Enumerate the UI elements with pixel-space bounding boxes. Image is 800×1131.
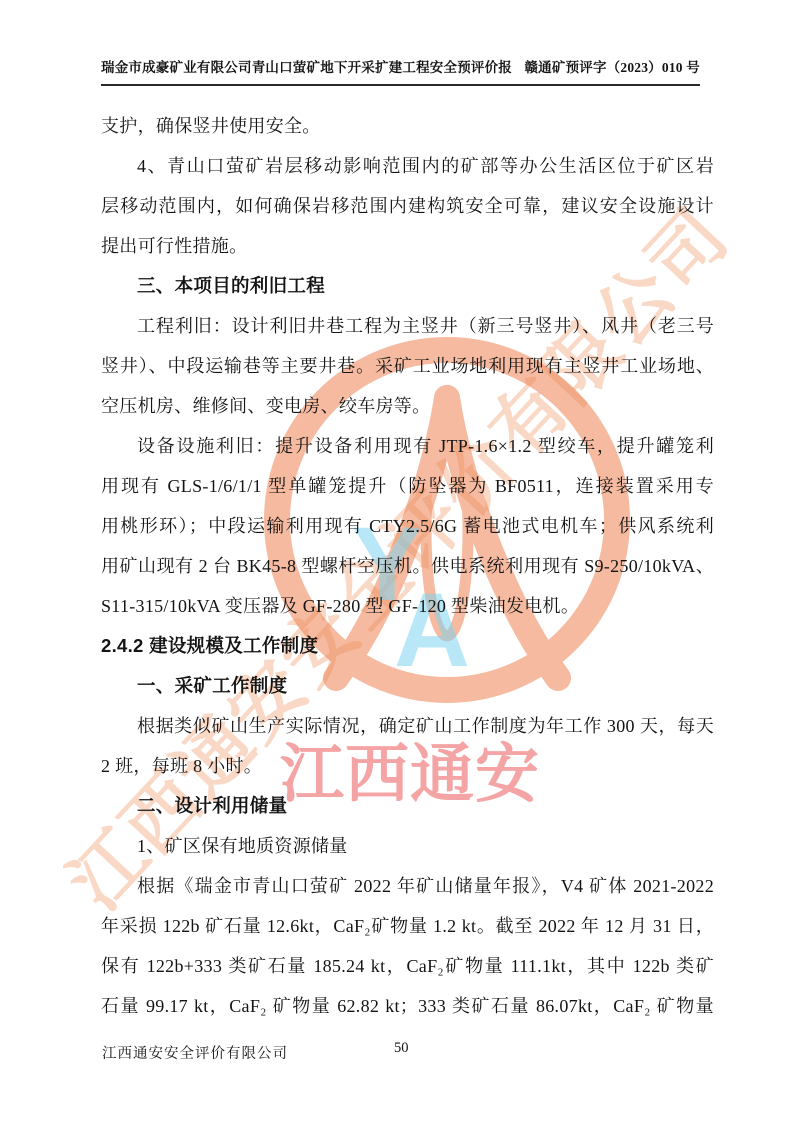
doc-text-line: 用桃形环）；中段运输利用现有 CTY2.5/6G 蓄电池式电机车；供风系统利	[101, 506, 714, 546]
doc-heading-line: 二、设计利用储量	[101, 786, 714, 826]
doc-text-line: 设备设施利旧：提升设备利用现有 JTP-1.6×1.2 型绞车，提升罐笼利	[101, 426, 714, 466]
doc-text-line: 提出可行性措施。	[101, 226, 714, 266]
doc-text-line: 保有 122b+333 类矿石量 185.24 kt，CaF₂矿物量 111.1…	[101, 946, 714, 986]
doc-text-line: 用矿山现有 2 台 BK45-8 型螺杆空压机。供电系统利用现有 S9-250/…	[101, 546, 714, 586]
doc-heading-line: 一、采矿工作制度	[101, 666, 714, 706]
doc-text-line: 2 班，每班 8 小时。	[101, 746, 714, 786]
doc-text-line: 空压机房、维修间、变电房、绞车房等。	[101, 386, 714, 426]
page-number: 50	[394, 1040, 409, 1057]
doc-text-line: 竖井）、中段运输巷等主要井巷。采矿工业场地利用现有主竖井工业场地、	[101, 346, 714, 386]
page-header: 瑞金市成豪矿业有限公司青山口萤矿地下开采扩建工程安全预评价报 赣通矿预评字（20…	[101, 56, 700, 86]
doc-heading-line: 2.4.2 建设规模及工作制度	[101, 626, 714, 666]
header-report-title: 瑞金市成豪矿业有限公司青山口萤矿地下开采扩建工程安全预评价报	[101, 56, 512, 76]
doc-text-line: 支护，确保竖井使用安全。	[101, 106, 714, 146]
doc-text-line: 根据《瑞金市青山口萤矿 2022 年矿山储量年报》，V4 矿体 2021-202…	[101, 866, 714, 906]
doc-text-line: 根据类似矿山生产实际情况，确定矿山工作制度为年工作 300 天，每天	[101, 706, 714, 746]
document-page: 江西通安安全评价有限公司 Y A 江西通安 瑞金市成豪矿业有限公司青山口萤矿地下…	[0, 0, 800, 1131]
doc-text-line: S11-315/10kVA 变压器及 GF-280 型 GF-120 型柴油发电…	[101, 586, 714, 626]
doc-text-line: 层移动范围内，如何确保岩移范围内建构筑安全可靠，建议安全设施设计	[101, 186, 714, 226]
doc-text-line: 年采损 122b 矿石量 12.6kt，CaF₂矿物量 1.2 kt。截至 20…	[101, 906, 714, 946]
doc-text-line: 1、矿区保有地质资源储量	[101, 826, 714, 866]
doc-text-line: 用现有 GLS-1/6/1/1 型单罐笼提升（防坠器为 BF0511，连接装置采…	[101, 466, 714, 506]
doc-text-line: 4、青山口萤矿岩层移动影响范围内的矿部等办公生活区位于矿区岩	[101, 146, 714, 186]
footer-company: 江西通安安全评价有限公司	[102, 1042, 288, 1063]
document-body: 支护，确保竖井使用安全。4、青山口萤矿岩层移动影响范围内的矿部等办公生活区位于矿…	[101, 106, 714, 1026]
doc-text-line: 石量 99.17 kt，CaF₂ 矿物量 62.82 kt；333 类矿石量 8…	[101, 986, 714, 1026]
doc-text-line: 工程利旧：设计利旧井巷工程为主竖井（新三号竖井）、风井（老三号	[101, 306, 714, 346]
header-doc-number: 赣通矿预评字（2023）010 号	[524, 56, 700, 76]
doc-heading-line: 三、本项目的利旧工程	[101, 266, 714, 306]
